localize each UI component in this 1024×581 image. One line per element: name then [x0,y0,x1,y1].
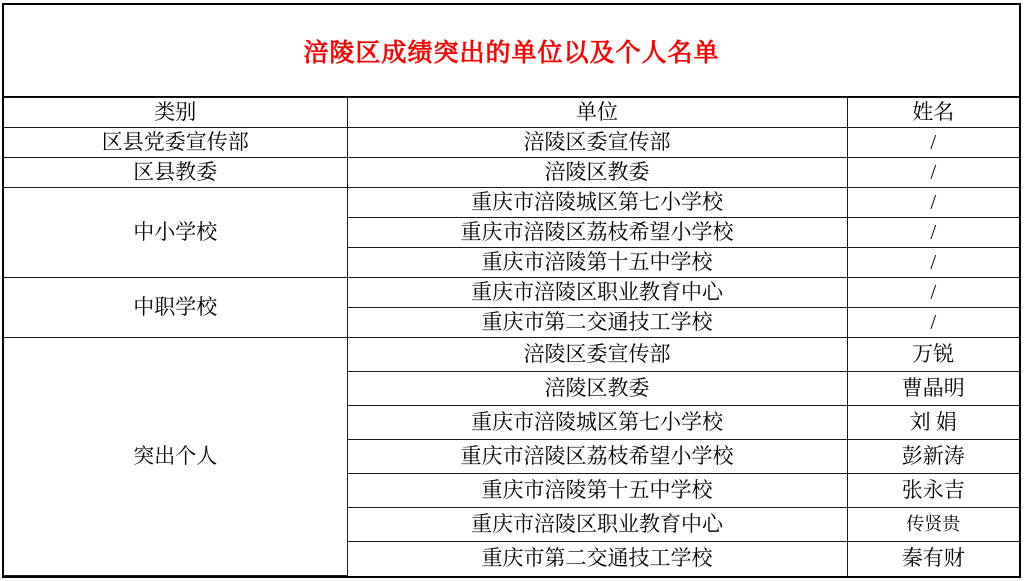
name-cell: / [847,278,1019,308]
table-body: 区县党委宣传部涪陵区委宣传部/区县教委涪陵区教委/中小学校重庆市涪陵城区第七小学… [4,128,1019,576]
name-cell: 张永吉 [847,474,1019,508]
name-cell: / [847,158,1019,188]
category-cell: 区县教委 [4,158,347,188]
name-cell: / [847,128,1019,158]
name-cell: 曹晶明 [847,372,1019,406]
header-cell-unit: 单位 [347,98,847,128]
document-table-frame: 涪陵区成绩突出的单位以及个人名单 类别 单位 姓名 区县党委宣传部涪陵区委宣传部… [2,3,1021,578]
header-cell-category: 类别 [4,98,347,128]
unit-cell: 重庆市第二交通技工学校 [347,542,847,576]
unit-cell: 重庆市涪陵区荔枝希望小学校 [347,440,847,474]
unit-cell: 涪陵区教委 [347,158,847,188]
header-cell-name: 姓名 [847,98,1019,128]
name-cell: 刘 娟 [847,406,1019,440]
category-cell: 区县党委宣传部 [4,128,347,158]
unit-cell: 重庆市涪陵第十五中学校 [347,248,847,278]
table-row: 突出个人涪陵区委宣传部万锐 [4,338,1019,372]
table-row: 中小学校重庆市涪陵城区第七小学校/ [4,188,1019,218]
unit-cell: 重庆市第二交通技工学校 [347,308,847,338]
award-table: 类别 单位 姓名 区县党委宣传部涪陵区委宣传部/区县教委涪陵区教委/中小学校重庆… [4,97,1019,576]
unit-cell: 重庆市涪陵区职业教育中心 [347,278,847,308]
unit-cell: 重庆市涪陵城区第七小学校 [347,406,847,440]
unit-cell: 涪陵区委宣传部 [347,338,847,372]
name-cell: 彭新涛 [847,440,1019,474]
unit-cell: 重庆市涪陵区职业教育中心 [347,508,847,542]
table-header-row: 类别 单位 姓名 [4,98,1019,128]
name-cell: 秦有财 [847,542,1019,576]
table-row: 中职学校重庆市涪陵区职业教育中心/ [4,278,1019,308]
unit-cell: 重庆市涪陵区荔枝希望小学校 [347,218,847,248]
name-cell: 万锐 [847,338,1019,372]
unit-cell: 重庆市涪陵城区第七小学校 [347,188,847,218]
table-title-cell: 涪陵区成绩突出的单位以及个人名单 [4,5,1019,97]
unit-cell: 重庆市涪陵第十五中学校 [347,474,847,508]
category-cell: 中小学校 [4,188,347,278]
name-cell: / [847,308,1019,338]
name-cell: / [847,218,1019,248]
name-cell: 传贤贵 [847,508,1019,542]
name-cell: / [847,248,1019,278]
table-title: 涪陵区成绩突出的单位以及个人名单 [303,33,719,69]
table-row: 区县教委涪陵区教委/ [4,158,1019,188]
name-cell: / [847,188,1019,218]
category-cell: 突出个人 [4,338,347,576]
unit-cell: 涪陵区教委 [347,372,847,406]
category-cell: 中职学校 [4,278,347,338]
unit-cell: 涪陵区委宣传部 [347,128,847,158]
table-row: 区县党委宣传部涪陵区委宣传部/ [4,128,1019,158]
